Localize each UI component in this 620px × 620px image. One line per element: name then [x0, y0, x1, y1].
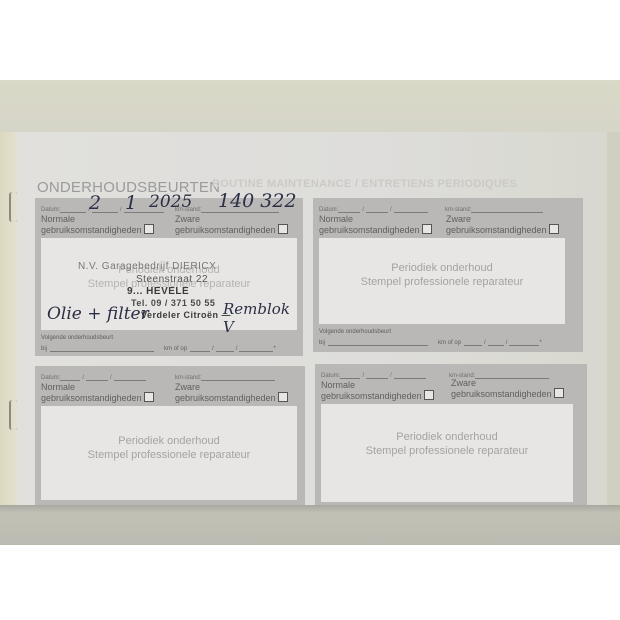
date-month-field[interactable] [366, 370, 388, 379]
stamp-placeholder-1: Periodiek onderhoud [321, 430, 573, 444]
next-day-field[interactable] [190, 343, 210, 352]
date-separator: / [506, 340, 508, 346]
heavy-label-1: Zware [446, 214, 471, 224]
heavy-conditions: Zware gebruiksomstandigheden [446, 215, 559, 235]
date-separator: / [82, 375, 84, 381]
handwritten-work-right: Remblok V [223, 300, 297, 336]
normal-label-1: Normale [319, 214, 353, 224]
normal-conditions: Normale gebruiksomstandigheden [319, 215, 432, 235]
handwritten-work-left: Olie + filter [47, 304, 149, 324]
heavy-label-2: gebruiksomstandigheden [175, 393, 276, 403]
handwritten-km: 140 322 [218, 190, 297, 212]
km-input-line[interactable] [471, 204, 543, 213]
stamp-placeholder-1: Periodiek onderhoud [319, 261, 565, 275]
next-km-field[interactable] [50, 343, 154, 352]
heavy-label-2: gebruiksomstandigheden [446, 225, 547, 235]
background-bottom [0, 505, 620, 545]
date-separator: / [110, 375, 112, 381]
heavy-conditions: Zware gebruiksomstandigheden [175, 383, 288, 403]
next-km-field[interactable] [328, 337, 428, 346]
normal-conditions: Normale gebruiksomstandigheden [41, 215, 154, 235]
heavy-conditions: Zware gebruiksomstandigheden [175, 215, 288, 235]
next-month-field[interactable] [216, 343, 234, 352]
heavy-checkbox[interactable] [278, 224, 288, 234]
normal-checkbox[interactable] [424, 390, 434, 400]
km-field: km-stand: [445, 204, 543, 213]
handwritten-year: 2025 [149, 192, 192, 212]
stamp-area: Periodiek onderhoud Stempel professionel… [319, 238, 565, 324]
date-separator: / [362, 207, 364, 213]
heavy-checkbox[interactable] [549, 224, 559, 234]
handwritten-day: 2 [89, 192, 101, 214]
date-day-field[interactable] [338, 204, 360, 213]
heavy-label-1: Zware [451, 378, 476, 388]
normal-label-1: Normale [41, 214, 75, 224]
date-month-field[interactable] [86, 372, 108, 381]
garage-stamp-line-2: Steenstraat 22 [136, 274, 208, 285]
km-of-op-label: km of op [164, 346, 187, 352]
bij-label: bij [41, 346, 47, 352]
stamp-area: Periodiek onderhoud Stempel professionel… [41, 238, 297, 330]
date-field: Datum: / / [41, 372, 146, 381]
km-input-line[interactable] [201, 372, 275, 381]
date-day-field[interactable] [340, 370, 360, 379]
next-service-row: bij km of op / / * [319, 337, 567, 346]
handwritten-month: 1 [125, 192, 137, 214]
heavy-label-2: gebruiksomstandigheden [175, 225, 276, 235]
normal-label-2: gebruiksomstandigheden [321, 391, 422, 401]
date-separator: / [212, 346, 214, 352]
stamp-placeholder-2: Stempel professionele reparateur [41, 448, 297, 462]
date-separator: / [120, 207, 122, 213]
service-card-1: Datum: / / km-stand: 2 1 2025 140 322 No… [35, 198, 303, 356]
heavy-checkbox[interactable] [554, 388, 564, 398]
booklet-page: ONDERHOUDSBEURTEN ROUTINE MAINTENANCE / … [17, 132, 607, 505]
asterisk: * [539, 340, 541, 346]
normal-label-2: gebruiksomstandigheden [41, 393, 142, 403]
date-label: Datum: [319, 207, 338, 213]
normal-label-1: Normale [41, 382, 75, 392]
date-year-field[interactable] [114, 372, 146, 381]
date-label: Datum: [41, 375, 60, 381]
stamp-area: Periodiek onderhoud Stempel professionel… [41, 406, 297, 500]
garage-stamp-line-3: 9... HEVELE [127, 286, 189, 297]
background-top [0, 80, 620, 132]
garage-stamp-line-5: Verdeler Citroën — [141, 310, 231, 320]
next-month-field[interactable] [488, 337, 504, 346]
date-field: Datum: / / [321, 370, 426, 379]
service-card-2: Datum: / / km-stand: Normale gebruiksoms… [313, 198, 583, 352]
km-of-op-label: km of op [438, 340, 461, 346]
next-service-row: bij km of op / / * [41, 343, 297, 352]
heavy-label-2: gebruiksomstandigheden [451, 389, 552, 399]
date-day-field[interactable] [60, 204, 86, 213]
heavy-checkbox[interactable] [278, 392, 288, 402]
next-year-field[interactable] [239, 343, 273, 352]
service-card-3: Datum: / / km-stand: Normale gebruiksoms… [35, 366, 305, 528]
km-label: km-stand: [445, 207, 471, 213]
date-month-field[interactable] [366, 204, 388, 213]
asterisk: * [273, 346, 275, 352]
ghost-title: ROUTINE MAINTENANCE / ENTRETIENS PERIODI… [212, 178, 517, 190]
photo: ONDERHOUDSBEURTEN ROUTINE MAINTENANCE / … [0, 80, 620, 545]
normal-conditions: Normale gebruiksomstandigheden [41, 383, 154, 403]
heavy-label-1: Zware [175, 382, 200, 392]
date-field: Datum: / / [319, 204, 428, 213]
normal-checkbox[interactable] [144, 392, 154, 402]
normal-checkbox[interactable] [422, 224, 432, 234]
stamp-placeholder-2: Stempel professionele reparateur [319, 275, 565, 289]
date-label: Datum: [321, 373, 340, 379]
next-service-label: Volgende onderhoudsbeurt [41, 334, 113, 342]
km-label: km-stand: [175, 375, 201, 381]
normal-label-2: gebruiksomstandigheden [41, 225, 142, 235]
heavy-label-1: Zware [175, 214, 200, 224]
garage-stamp-line-1: N.V. Garagebedrijf DIERICX [78, 261, 216, 272]
date-separator: / [362, 373, 364, 379]
normal-checkbox[interactable] [144, 224, 154, 234]
date-separator: / [390, 207, 392, 213]
normal-label-2: gebruiksomstandigheden [319, 225, 420, 235]
date-separator: / [484, 340, 486, 346]
heavy-conditions: Zware gebruiksomstandigheden [451, 379, 564, 399]
km-input-line[interactable] [475, 370, 549, 379]
normal-label-1: Normale [321, 380, 355, 390]
date-separator: / [236, 346, 238, 352]
stamp-area: Periodiek onderhoud Stempel professionel… [321, 404, 573, 502]
date-label: Datum: [41, 207, 60, 213]
date-field: Datum: / / [41, 204, 164, 213]
next-day-field[interactable] [464, 337, 482, 346]
next-year-field[interactable] [509, 337, 539, 346]
next-service-label: Volgende onderhoudsbeurt [319, 328, 391, 336]
stamp-placeholder-1: Periodiek onderhoud [41, 434, 297, 448]
date-separator: / [390, 373, 392, 379]
bij-label: bij [319, 340, 325, 346]
date-year-field[interactable] [394, 370, 426, 379]
date-day-field[interactable] [60, 372, 80, 381]
service-card-4: Datum: / / km-stand: Normale gebruiksoms… [315, 364, 587, 526]
stamp-placeholder-2: Stempel professionele reparateur [321, 444, 573, 458]
left-page-edge [0, 132, 17, 505]
km-field: km-stand: [175, 372, 275, 381]
normal-conditions: Normale gebruiksomstandigheden [321, 381, 434, 401]
date-year-field[interactable] [394, 204, 428, 213]
